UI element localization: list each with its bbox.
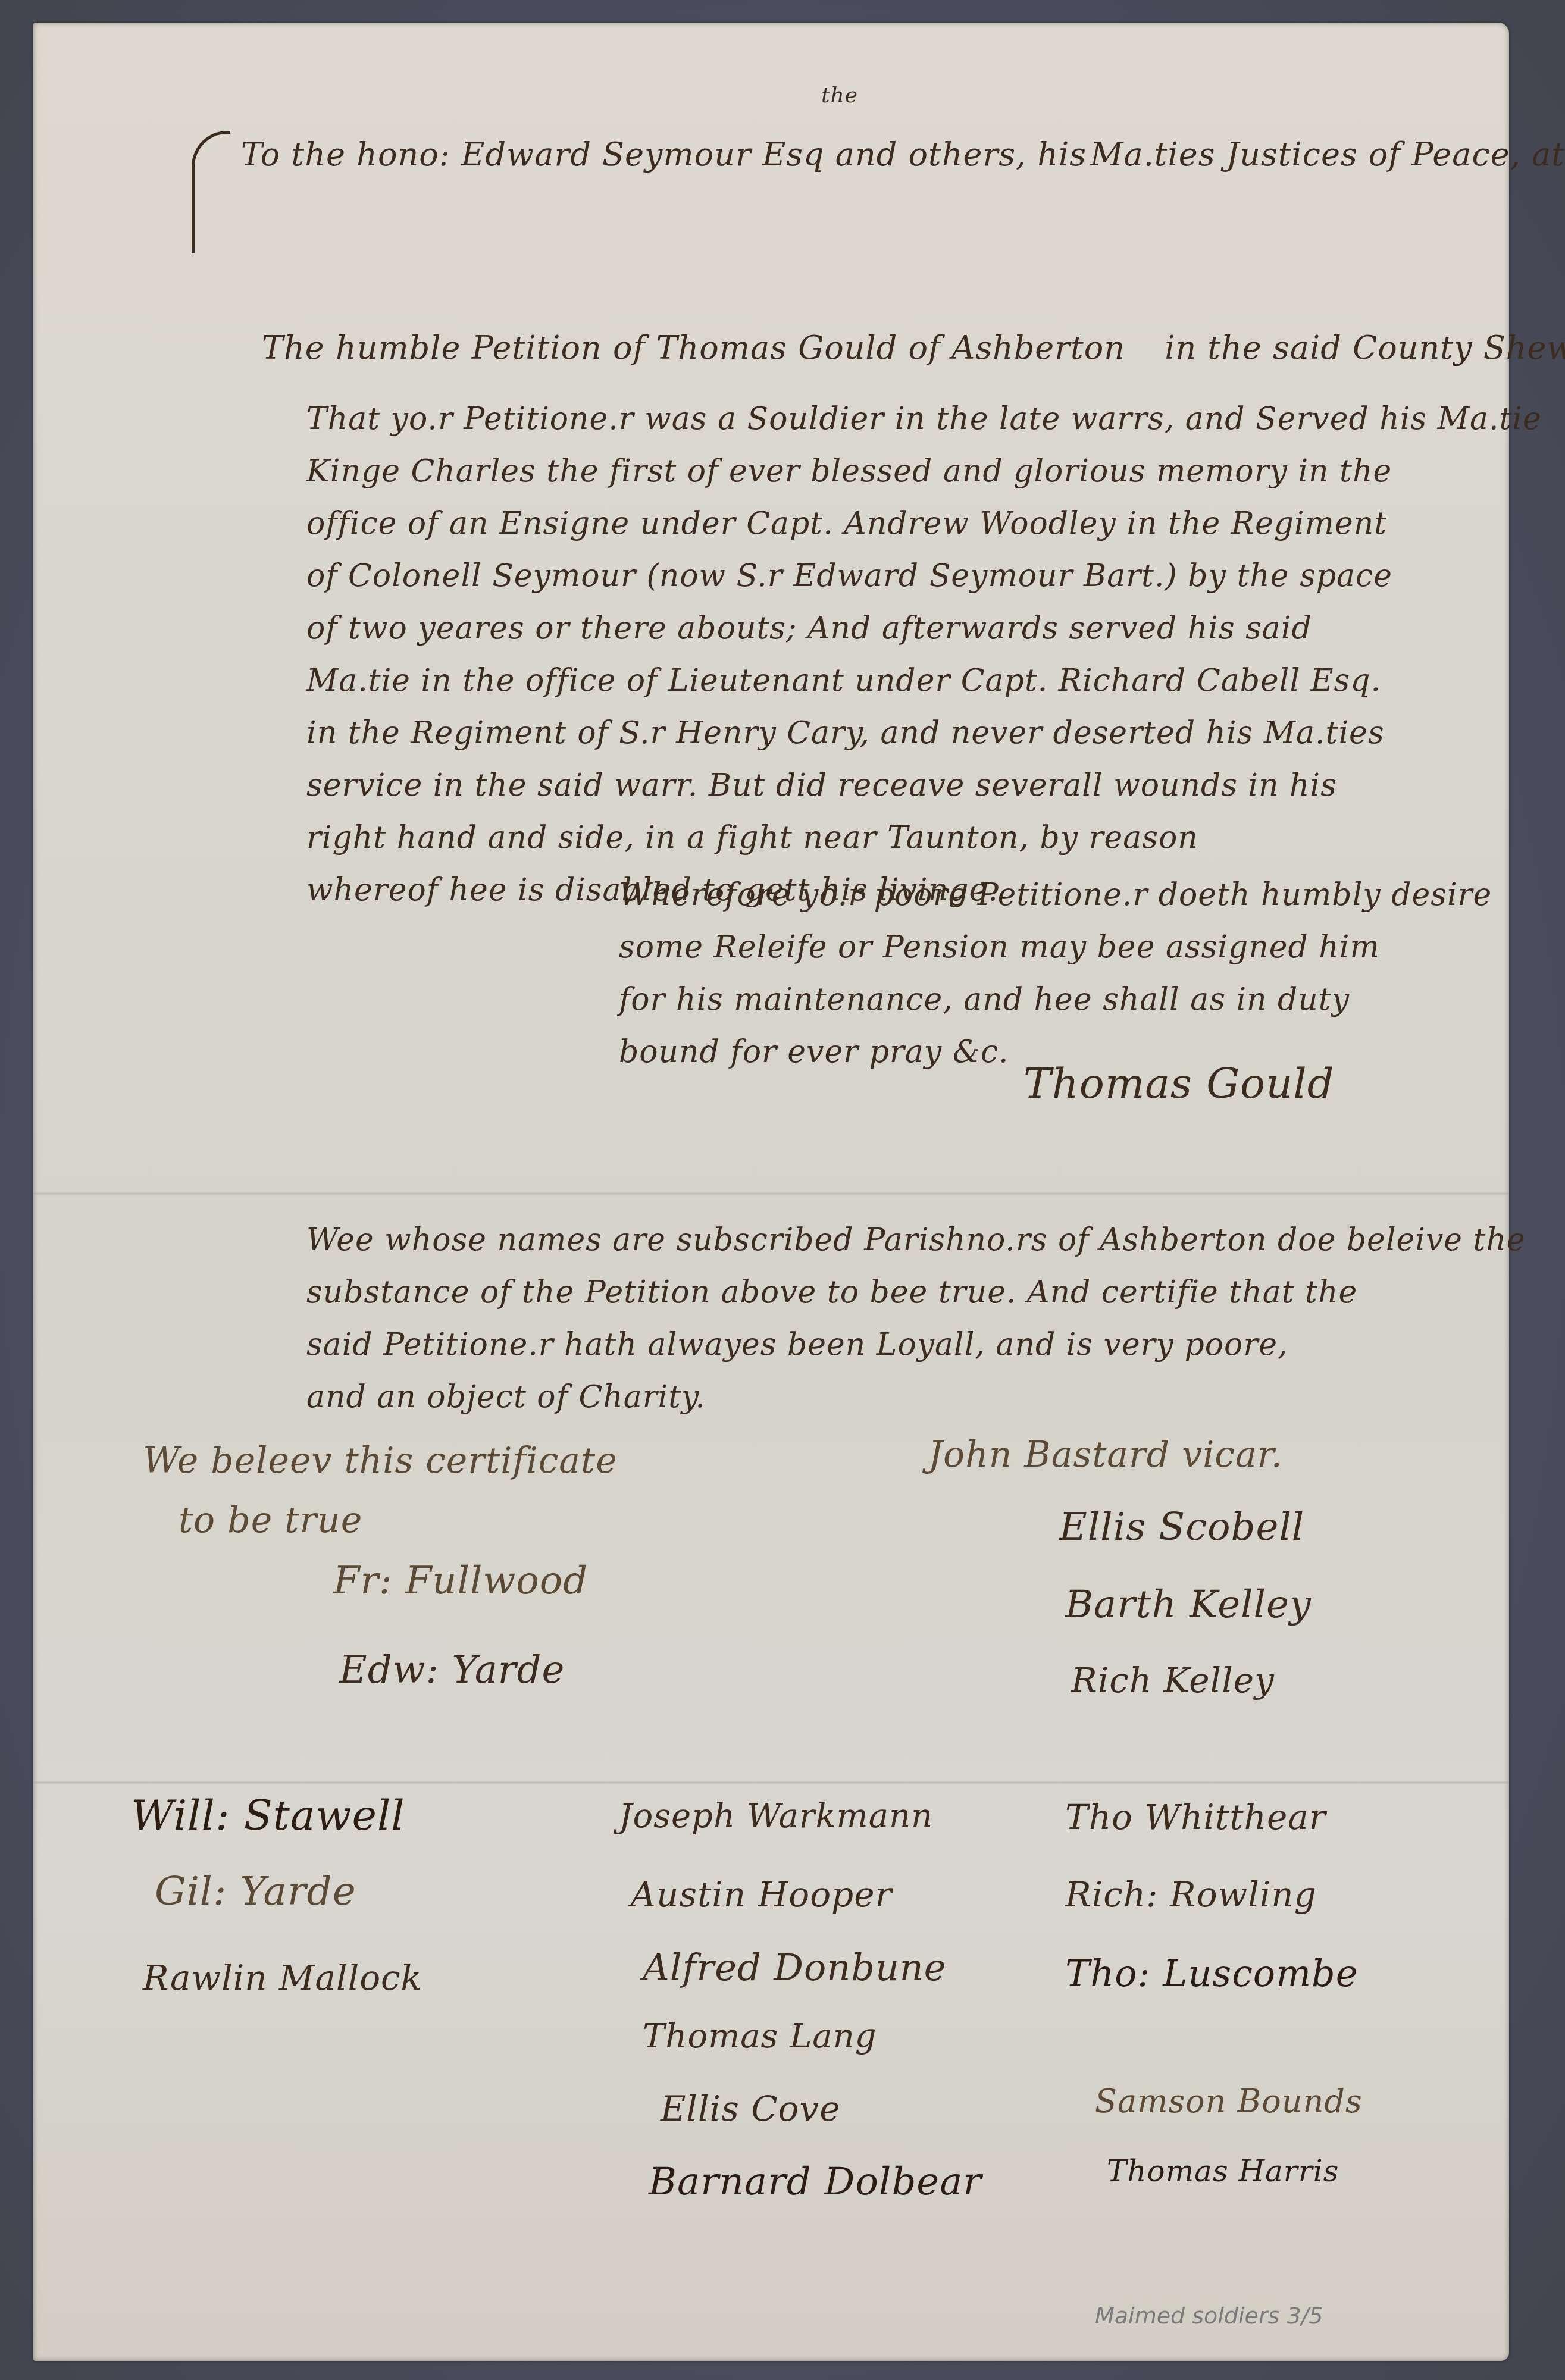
petitioner-signature: Thomas Gould — [1023, 1059, 1335, 1108]
signature: Alfred Donbune — [643, 1946, 946, 1989]
body-line: Kinge Charles the first of ever blessed … — [306, 445, 1542, 497]
archive-pencil-note: Maimed soldiers 3/5 — [1095, 2303, 1323, 2329]
signature: Joseph Warkmann — [619, 1797, 933, 1836]
signature: Thomas Lang — [643, 2017, 877, 2056]
certificate-line: said Petitione.r hath alwayes been Loyal… — [306, 1319, 1526, 1371]
petition-body: That yo.r Petitione.r was a Souldier in … — [306, 393, 1542, 916]
endorsement-line: We beleev this certificate — [143, 1440, 618, 1482]
endorsement-signature: Fr: Fullwood — [333, 1559, 588, 1603]
certificate-line: Wee whose names are subscribed Parishno.… — [306, 1214, 1526, 1266]
signature: Rich: Rowling — [1065, 1874, 1317, 1915]
body-line: Ma.tie in the office of Lieutenant under… — [306, 654, 1542, 707]
title-line: The humble Petition of Thomas Gould of A… — [262, 329, 1125, 367]
body-line: That yo.r Petitione.r was a Souldier in … — [306, 393, 1542, 445]
address-block: To the hono: Edward Seymour Esq and othe… — [241, 125, 1565, 184]
signature: Gil: Yarde — [155, 1868, 356, 1914]
signature: Thomas Harris — [1107, 2154, 1339, 2188]
signature: Will: Stawell — [131, 1791, 405, 1840]
signature: Barnard Dolbear — [649, 2160, 982, 2204]
signature: Ellis Scobell — [1059, 1505, 1304, 1549]
fold-crease — [33, 1781, 1509, 1784]
fold-crease — [33, 1192, 1509, 1195]
address-line: Ma.ties Justices of Peace, att the Gener… — [1090, 136, 1565, 173]
body-line: of two yeares or there abouts; And after… — [306, 602, 1542, 654]
body-line: in the Regiment of S.r Henry Cary, and n… — [306, 707, 1542, 759]
petition-title: The humble Petition of Thomas Gould of A… — [262, 318, 1565, 378]
title-line: in the said County Sheweth — [1129, 329, 1565, 367]
signature: Tho: Luscombe — [1065, 1952, 1358, 1995]
body-line: office of an Ensigne under Capt. Andrew … — [306, 497, 1542, 550]
signature: Rawlin Mallock — [143, 1958, 422, 1998]
certificate-line: and an object of Charity. — [306, 1371, 1526, 1423]
body-line: service in the said warr. But did receav… — [306, 759, 1542, 812]
certificate-line: substance of the Petition above to bee t… — [306, 1266, 1526, 1319]
body-line: of Colonell Seymour (now S.r Edward Seym… — [306, 550, 1542, 602]
endorsement-signature: Edw: Yarde — [339, 1648, 565, 1692]
body-line: right hand and side, in a fight near Tau… — [306, 812, 1542, 864]
capital-flourish — [192, 131, 230, 253]
prayer-line: some Releife or Pension may bee assigned… — [619, 921, 1492, 973]
prayer-line: for his maintenance, and hee shall as in… — [619, 973, 1492, 1026]
petition-prayer: Wherefore yo.r poore Petitione.r doeth h… — [619, 869, 1492, 1078]
signature: Ellis Cove — [661, 2088, 841, 2129]
signature: Austin Hooper — [631, 1874, 892, 1915]
signature: Barth Kelley — [1065, 1583, 1312, 1627]
signature: Tho Whitthear — [1065, 1797, 1326, 1837]
address-superscript: the — [821, 83, 858, 108]
certificate-text: Wee whose names are subscribed Parishno.… — [306, 1214, 1526, 1423]
signature: Samson Bounds — [1095, 2082, 1363, 2120]
signature: Rich Kelley — [1071, 1660, 1275, 1701]
endorsement-line: to be true — [179, 1499, 362, 1541]
address-line: To the hono: Edward Seymour Esq and othe… — [241, 136, 1087, 173]
prayer-line: Wherefore yo.r poore Petitione.r doeth h… — [619, 869, 1492, 921]
signature: John Bastard vicar. — [928, 1434, 1283, 1476]
